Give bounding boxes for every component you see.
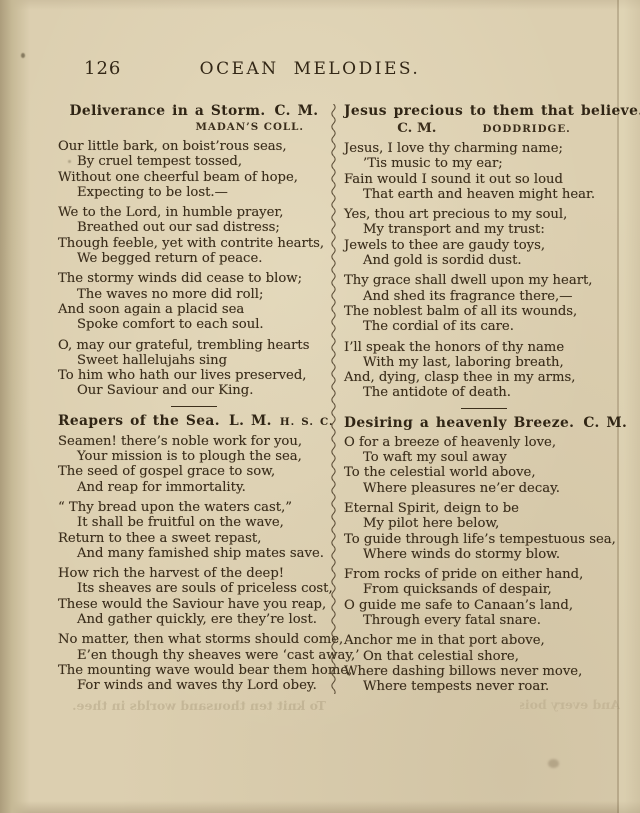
hymn-deliverance-in-a-storm: Deliverance in a Storm.C. M. MADAN’S COL… bbox=[58, 103, 330, 399]
verse-line: Through every fatal snare. bbox=[344, 613, 624, 628]
verse-line: Yes, thou art precious to my soul, bbox=[344, 207, 624, 222]
hymn-jesus-precious: Jesus precious to them that believe. C. … bbox=[344, 103, 624, 401]
verse-line: By cruel tempest tossed, bbox=[58, 154, 330, 169]
verse-line: “ Thy bread upon the waters cast,” bbox=[58, 500, 330, 515]
stanza: O for a breeze of heavenly love,To waft … bbox=[344, 435, 624, 496]
stanza: “ Thy bread upon the waters cast,”It sha… bbox=[58, 500, 330, 561]
verse-line: Fain would I sound it out so loud bbox=[344, 172, 624, 187]
hymn-reapers-of-the-sea: Reapers of the Sea.L. M.H. S. C. Seamen!… bbox=[58, 413, 330, 694]
verse-line: How rich the harvest of the deep! bbox=[58, 566, 330, 581]
verse-line: Spoke comfort to each soul. bbox=[58, 317, 330, 332]
verse-line: The waves no more did roll; bbox=[58, 287, 330, 302]
hymn-title-line: Jesus precious to them that believe. bbox=[344, 103, 624, 120]
verse-line: To guide through life’s tempestuous sea, bbox=[344, 532, 624, 547]
verse-line: O for a breeze of heavenly love, bbox=[344, 435, 624, 450]
column-divider-squiggle bbox=[329, 104, 338, 694]
stanza-group: O for a breeze of heavenly love,To waft … bbox=[344, 435, 624, 695]
verse-line: And soon again a placid sea bbox=[58, 302, 330, 317]
verse-line: Anchor me in that port above, bbox=[344, 633, 624, 648]
stanza: No matter, then what storms should come,… bbox=[58, 632, 330, 693]
hymn-meter: C. M. bbox=[583, 415, 627, 431]
hymn-attribution: DODDRIDGE. bbox=[482, 122, 570, 136]
stanza: Anchor me in that port above,On that cel… bbox=[344, 633, 624, 694]
stanza: From rocks of pride on either hand,From … bbox=[344, 567, 624, 628]
verse-line: The seed of gospel grace to sow, bbox=[58, 464, 330, 479]
verse-line: And, dying, clasp thee in my arms, bbox=[344, 370, 624, 385]
verse-line: And gather quickly, ere they’re lost. bbox=[58, 612, 330, 627]
verse-line: O, may our grateful, trembling hearts bbox=[58, 338, 330, 353]
stanza: Thy grace shall dwell upon my heart,And … bbox=[344, 273, 624, 334]
verse-line: The antidote of death. bbox=[344, 385, 624, 400]
verse-line: Jesus, I love thy charming name; bbox=[344, 141, 624, 156]
verse-line: We begged return of peace. bbox=[58, 251, 330, 266]
hymn-title-text: Deliverance in a Storm. bbox=[70, 103, 266, 119]
hymn-title-text: Reapers of the Sea. bbox=[58, 413, 220, 429]
verse-line: My pilot here below, bbox=[344, 516, 624, 531]
left-column: Deliverance in a Storm.C. M. MADAN’S COL… bbox=[58, 103, 330, 699]
stanza: I’ll speak the honors of thy nameWith my… bbox=[344, 340, 624, 401]
verse-line: It shall be fruitful on the wave, bbox=[58, 515, 330, 530]
foxing-spot bbox=[548, 759, 559, 768]
verse-line: The noblest balm of all its wounds, bbox=[344, 304, 624, 319]
verse-line: These would the Saviour have you reap, bbox=[58, 597, 330, 612]
page-header: 126 OCEAN MELODIES. bbox=[58, 58, 622, 84]
verse-line: And reap for immortality. bbox=[58, 480, 330, 495]
verse-line: Eternal Spirit, deign to be bbox=[344, 501, 624, 516]
verse-line: And shed its fragrance there,— bbox=[344, 289, 624, 304]
verse-line: To the celestial world above, bbox=[344, 465, 624, 480]
stanza: O, may our grateful, trembling heartsSwe… bbox=[58, 338, 330, 399]
stanza: Jesus, I love thy charming name;’Tis mus… bbox=[344, 141, 624, 202]
verse-line: And many famished ship mates save. bbox=[58, 546, 330, 561]
stanza: We to the Lord, in humble prayer,Breathe… bbox=[58, 205, 330, 266]
verse-line: The mounting wave would bear them home, bbox=[58, 663, 330, 678]
verse-line: Breathed out our sad distress; bbox=[58, 220, 330, 235]
verse-line: To waft my soul away bbox=[344, 450, 624, 465]
verse-line: The stormy winds did cease to blow; bbox=[58, 271, 330, 286]
verse-line: To him who hath our lives preserved, bbox=[58, 368, 330, 383]
stanza: The stormy winds did cease to blow;The w… bbox=[58, 271, 330, 332]
verse-line: Jewels to thee are gaudy toys, bbox=[344, 238, 624, 253]
verse-line: Our little bark, on boist’rous seas, bbox=[58, 139, 330, 154]
verse-line: On that celestial shore, bbox=[344, 649, 624, 664]
stanza-group: Our little bark, on boist’rous seas,By c… bbox=[58, 139, 330, 399]
stanza: Eternal Spirit, deign to beMy pilot here… bbox=[344, 501, 624, 562]
book-page: 126 OCEAN MELODIES. Deliverance in a Sto… bbox=[0, 0, 640, 813]
stanza: Our little bark, on boist’rous seas,By c… bbox=[58, 139, 330, 200]
stanza: How rich the harvest of the deep!Its she… bbox=[58, 566, 330, 627]
hymn-title-line: Reapers of the Sea.L. M.H. S. C. bbox=[58, 413, 330, 431]
verse-line: I’ll speak the honors of thy name bbox=[344, 340, 624, 355]
hymn-title-text: Desiring a heavenly Breeze. bbox=[344, 415, 574, 431]
verse-line: We to the Lord, in humble prayer, bbox=[58, 205, 330, 220]
verse-line: From quicksands of despair, bbox=[344, 582, 624, 597]
showthrough-text: And every boist bbox=[520, 697, 620, 712]
stanza: Seamen! there’s noble work for you,Your … bbox=[58, 434, 330, 495]
verse-line: Where tempests never roar. bbox=[344, 679, 624, 694]
stanza-group: Seamen! there’s noble work for you,Your … bbox=[58, 434, 330, 694]
verse-line: O guide me safe to Canaan’s land, bbox=[344, 598, 624, 613]
hymn-title-line: Desiring a heavenly Breeze.C. M. bbox=[344, 415, 624, 432]
hymn-desiring-a-heavenly-breeze: Desiring a heavenly Breeze.C. M. O for a… bbox=[344, 415, 624, 695]
showthrough-text: To knit ten thousand worlds in thee. bbox=[66, 698, 332, 713]
hymn-attribution: MADAN’S COLL. bbox=[58, 121, 330, 134]
hymn-separator-rule bbox=[171, 406, 217, 407]
verse-line: No matter, then what storms should come, bbox=[58, 632, 330, 647]
running-title: OCEAN MELODIES. bbox=[58, 59, 562, 79]
verse-line: Where winds do stormy blow. bbox=[344, 547, 624, 562]
hymn-meter-attribution-row: C. M. DODDRIDGE. bbox=[344, 121, 624, 136]
verse-line: Where pleasures ne’er decay. bbox=[344, 481, 624, 496]
foxing-spot bbox=[21, 53, 25, 58]
verse-line: Return to thee a sweet repast, bbox=[58, 531, 330, 546]
hymn-meter: C. M. bbox=[275, 103, 319, 119]
hymn-meter: C. M. bbox=[397, 121, 436, 135]
hymn-attribution: H. S. C. bbox=[280, 416, 334, 428]
verse-line: With my last, laboring breath, bbox=[344, 355, 624, 370]
verse-line: For winds and waves thy Lord obey. bbox=[58, 678, 330, 693]
hymn-title-line: Deliverance in a Storm.C. M. bbox=[58, 103, 330, 120]
verse-line: Its sheaves are souls of priceless cost, bbox=[58, 581, 330, 596]
verse-line: Though feeble, yet with contrite hearts, bbox=[58, 236, 330, 251]
verse-line: E’en though thy sheaves were ‘cast away,… bbox=[58, 648, 330, 663]
right-column: Jesus precious to them that believe. C. … bbox=[344, 103, 624, 700]
verse-line: Where dashing billows never move, bbox=[344, 664, 624, 679]
verse-line: Your mission is to plough the sea, bbox=[58, 449, 330, 464]
foxing-spot bbox=[68, 160, 71, 163]
stanza-group: Jesus, I love thy charming name;’Tis mus… bbox=[344, 141, 624, 401]
verse-line: Sweet hallelujahs sing bbox=[58, 353, 330, 368]
verse-line: From rocks of pride on either hand, bbox=[344, 567, 624, 582]
verse-line: And gold is sordid dust. bbox=[344, 253, 624, 268]
hymn-title-text: Jesus precious to them that believe. bbox=[344, 103, 640, 119]
verse-line: Expecting to be lost.— bbox=[58, 185, 330, 200]
hymn-separator-rule bbox=[461, 408, 507, 409]
verse-line: ’Tis music to my ear; bbox=[344, 156, 624, 171]
verse-line: Without one cheerful beam of hope, bbox=[58, 170, 330, 185]
verse-line: Thy grace shall dwell upon my heart, bbox=[344, 273, 624, 288]
verse-line: That earth and heaven might hear. bbox=[344, 187, 624, 202]
verse-line: My transport and my trust: bbox=[344, 222, 624, 237]
verse-line: Our Saviour and our King. bbox=[58, 383, 330, 398]
stanza: Yes, thou art precious to my soul,My tra… bbox=[344, 207, 624, 268]
verse-line: Seamen! there’s noble work for you, bbox=[58, 434, 330, 449]
hymn-meter: L. M. bbox=[229, 413, 272, 429]
verse-line: The cordial of its care. bbox=[344, 319, 624, 334]
